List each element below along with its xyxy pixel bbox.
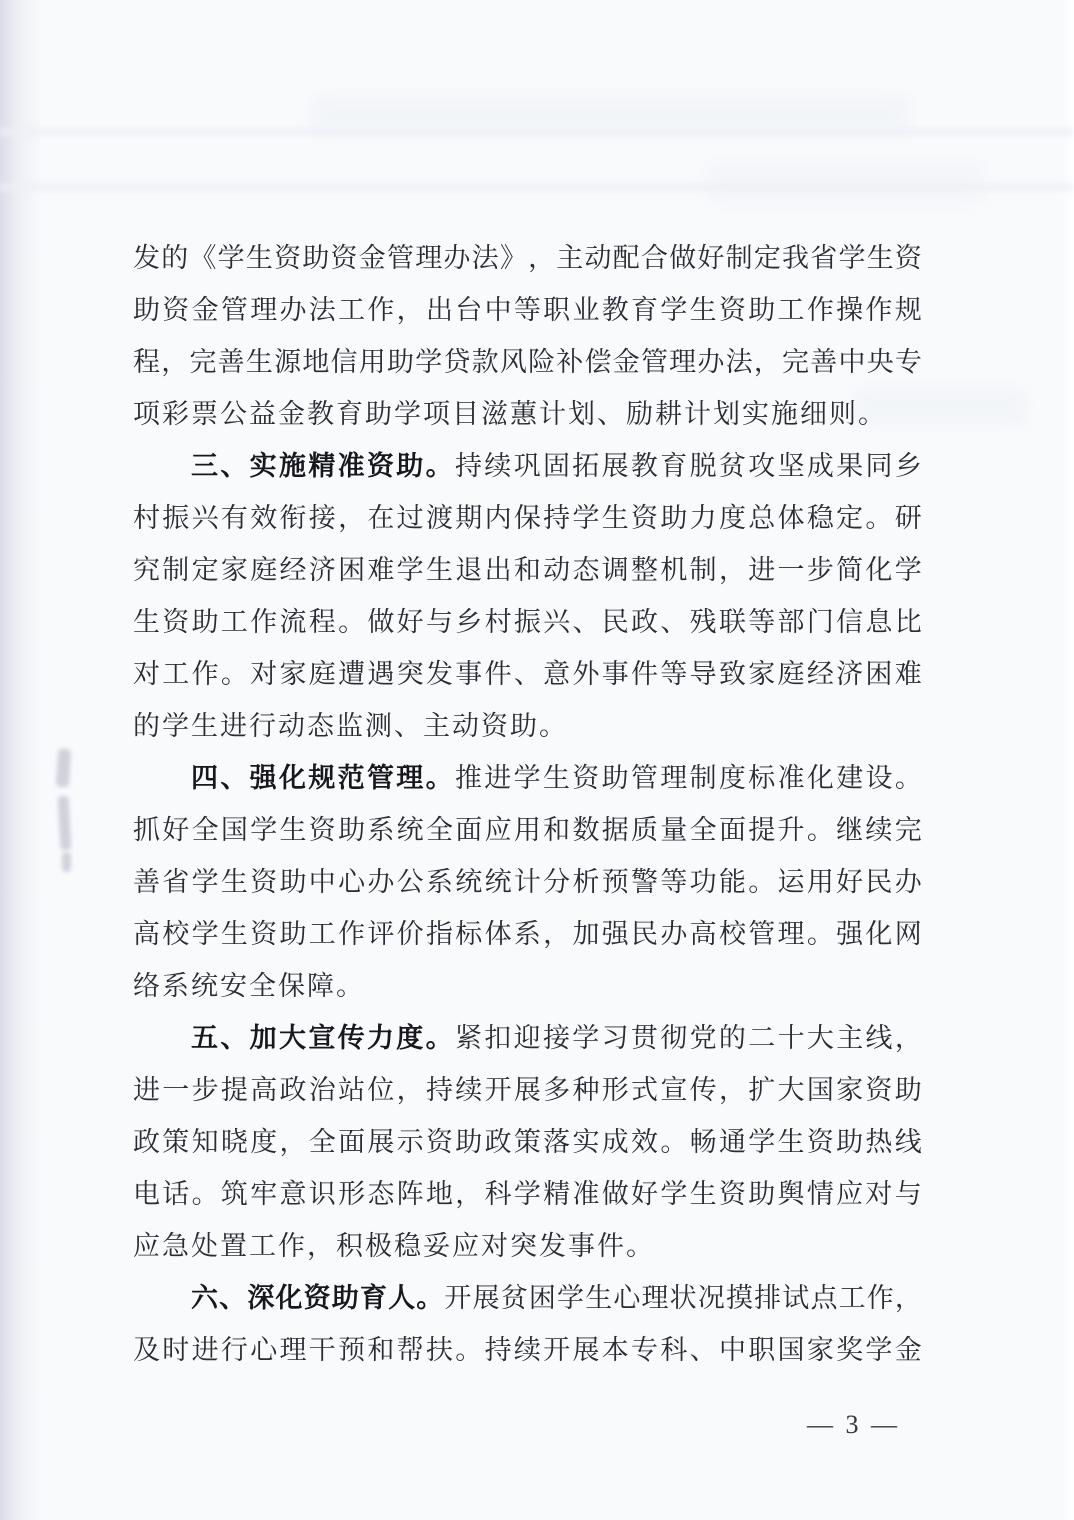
body-char: 力	[690, 492, 717, 544]
body-char: 评	[367, 908, 394, 960]
body-char: 好	[697, 232, 724, 284]
body-char: 意	[543, 648, 570, 700]
body-char: 难	[367, 544, 394, 596]
body-char: 展	[572, 1324, 599, 1376]
body-char: 生	[133, 596, 160, 648]
heading-char: 加	[250, 1012, 277, 1064]
scan-streak	[0, 128, 1074, 136]
body-char: 事	[602, 648, 629, 700]
body-char: 比	[895, 596, 922, 648]
body-char: 作	[367, 284, 394, 336]
body-char: 央	[867, 336, 894, 388]
body-char: 预	[338, 1324, 365, 1376]
body-char: 贫	[719, 440, 746, 492]
body-char: 好	[836, 856, 863, 908]
body-char: 党	[690, 1012, 717, 1064]
body-char: 标	[455, 908, 482, 960]
body-char: 生	[778, 1116, 805, 1168]
text-line: 高校学生资助工作评价指标体系，加强民办高校管理。强化网	[133, 908, 922, 960]
body-char: 学	[838, 232, 865, 284]
body-char: 村	[133, 492, 160, 544]
body-char: 操	[836, 284, 863, 336]
body-char: 件	[485, 648, 512, 700]
body-char: 、	[690, 1324, 717, 1376]
body-char: 理	[642, 1272, 669, 1324]
body-char: 抓	[133, 804, 160, 856]
body-char: 通	[719, 1116, 746, 1168]
body-char: 展	[367, 1116, 394, 1168]
body-char: 干	[309, 1324, 336, 1376]
body-char: 工	[778, 284, 805, 336]
body-char: 持	[455, 440, 482, 492]
body-char: 应	[485, 804, 512, 856]
body-char: 步	[192, 1064, 219, 1116]
paragraph: 发的《学生资助资金管理办法》，主动配合做好制定我省学生资助资金管理办法工作，出台…	[133, 232, 922, 440]
heading-char: 。	[426, 440, 453, 492]
body-char: 话	[162, 1168, 189, 1220]
body-char: 面	[455, 804, 482, 856]
body-char: 行	[221, 1324, 248, 1376]
body-char: 管	[631, 752, 658, 804]
body-char: 育	[660, 440, 687, 492]
body-char: 《	[189, 232, 216, 284]
body-char: 助	[836, 1116, 863, 1168]
body-char: 校	[162, 908, 189, 960]
body-char: 资	[807, 1116, 834, 1168]
text-line: 助资金管理办法工作，出台中等职业教育学生资助工作操作规	[133, 284, 922, 336]
body-char: 用	[514, 804, 541, 856]
body-char: 总	[748, 492, 775, 544]
body-char: 统	[397, 804, 424, 856]
heading-char: 化	[275, 1272, 302, 1324]
body-char: 好	[397, 596, 424, 648]
heading-char: 、	[220, 752, 247, 804]
body-char: 化	[807, 752, 834, 804]
body-char: 政	[133, 1116, 160, 1168]
body-char: 助	[748, 1168, 775, 1220]
heading-char: 精	[308, 440, 335, 492]
body-char: 残	[690, 596, 717, 648]
body-char: 等	[748, 596, 775, 648]
heading-char: 资	[367, 440, 394, 492]
body-char: 学	[660, 284, 687, 336]
body-char: 资	[250, 908, 277, 960]
heading-char: 施	[279, 440, 306, 492]
body-char: 民	[631, 908, 658, 960]
heading-char: 度	[396, 1012, 423, 1064]
body-char: 彻	[660, 1012, 687, 1064]
body-char: 与	[895, 1168, 922, 1220]
body-char: 险	[528, 336, 555, 388]
body-char: 育	[631, 284, 658, 336]
body-char: 制	[162, 544, 189, 596]
body-char: 学	[514, 752, 541, 804]
body-char: 生	[246, 336, 273, 388]
body-char: 金	[359, 232, 386, 284]
ink-smudge	[62, 852, 71, 872]
body-char: 准	[572, 1168, 599, 1220]
body-char: 晓	[221, 1116, 248, 1168]
body-char: 强	[836, 908, 863, 960]
body-char: 制	[690, 752, 717, 804]
body-char: 稳	[807, 492, 834, 544]
body-char: 理	[250, 284, 277, 336]
ink-smudge	[58, 796, 72, 851]
body-char: 助	[387, 336, 414, 388]
body-char: 生	[221, 908, 248, 960]
body-char: 、	[660, 596, 687, 648]
body-char: 在	[367, 492, 394, 544]
body-char: 家	[836, 1064, 863, 1116]
body-char: 建	[836, 752, 863, 804]
heading-char: 。	[426, 1012, 453, 1064]
body-char: 持	[485, 1324, 512, 1376]
body-char: 办	[443, 232, 470, 284]
body-char: 大	[778, 1064, 805, 1116]
text-line: 进一步提高政治站位，持续开展多种形式宣传，扩大国家资助	[133, 1064, 922, 1116]
text-line: 项彩票公益金教育助学项目滋蕙计划、励耕计划实施细则。	[133, 388, 922, 440]
body-char: 民	[602, 596, 629, 648]
text-line: 抓好全国学生资助系统全面应用和数据质量全面提升。继续完	[133, 804, 922, 856]
body-char: 政	[631, 596, 658, 648]
body-char: 做	[602, 1168, 629, 1220]
body-char: 究	[133, 544, 160, 596]
body-char: 金	[192, 284, 219, 336]
body-char: 意	[279, 1168, 306, 1220]
body-char: 主	[556, 232, 583, 284]
body-char: 学	[572, 492, 599, 544]
body-char: 助	[302, 232, 329, 284]
body-char: 果	[836, 440, 863, 492]
body-char: 息	[865, 596, 892, 648]
body-char: 家	[279, 648, 306, 700]
body-char: 分	[543, 856, 570, 908]
body-char: ，	[895, 1012, 922, 1064]
body-char: 学	[514, 1168, 541, 1220]
body-char: 生	[221, 856, 248, 908]
body-char: 业	[572, 284, 599, 336]
body-char: 乡	[455, 596, 482, 648]
body-char: 法	[309, 284, 336, 336]
body-char: 庭	[250, 544, 277, 596]
body-char: 出	[485, 544, 512, 596]
body-char: 据	[602, 804, 629, 856]
body-char: 策	[514, 1116, 541, 1168]
body-char: 地	[426, 1168, 453, 1220]
body-char: 难	[895, 648, 922, 700]
body-char: 职	[748, 1324, 775, 1376]
body-char: 度	[719, 492, 746, 544]
body-char: 接	[543, 1012, 570, 1064]
body-char: 策	[162, 1116, 189, 1168]
body-char: 贫	[501, 1272, 528, 1324]
body-char: 作	[867, 1272, 894, 1324]
body-char: 化	[865, 544, 892, 596]
body-char: 持	[426, 1064, 453, 1116]
scan-streak	[0, 183, 1074, 191]
body-char: 全	[192, 804, 219, 856]
body-char: 开	[543, 1324, 570, 1376]
body-char: 管	[221, 284, 248, 336]
body-char: ，	[161, 336, 188, 388]
body-char: 等	[660, 648, 687, 700]
body-char: 形	[338, 1168, 365, 1220]
body-char: 提	[748, 804, 775, 856]
paragraph: 五、加大宣传力度。紧扣迎接学习贯彻党的二十大主线，进一步提高政治站位，持续开展多…	[133, 1012, 922, 1272]
body-char: 和	[367, 1324, 394, 1376]
body-char: 推	[455, 752, 482, 804]
body-char: 用	[359, 336, 386, 388]
body-char: 工	[162, 648, 189, 700]
body-char: ，	[455, 1168, 482, 1220]
body-char: 多	[543, 1064, 570, 1116]
heading-char: 、	[219, 1272, 246, 1324]
text-line: 政策知晓度，全面展示资助政策落实成效。畅通学生资助热线	[133, 1116, 922, 1168]
body-char: 奖	[836, 1324, 863, 1376]
body-char: 舆	[778, 1168, 805, 1220]
body-char: 开	[485, 1064, 512, 1116]
body-char: 迎	[514, 1012, 541, 1064]
scanned-document-page: 发的《学生资助资金管理办法》，主动配合做好制定我省学生资助资金管理办法工作，出台…	[0, 0, 1074, 1520]
body-char: 与	[426, 596, 453, 648]
body-char: 工	[839, 1272, 866, 1324]
body-char: 助	[133, 284, 160, 336]
body-char: 金	[895, 1324, 922, 1376]
heading-char: 育	[360, 1272, 387, 1324]
heading-char: 深	[247, 1272, 274, 1324]
body-char: 贷	[443, 336, 470, 388]
text-line: 五、加大宣传力度。紧扣迎接学习贯彻党的二十大主线，	[133, 1012, 922, 1064]
body-char: 网	[895, 908, 922, 960]
body-char: 面	[719, 804, 746, 856]
body-char: 学	[572, 1012, 599, 1064]
body-char: 体	[778, 492, 805, 544]
body-char: 》	[500, 232, 527, 284]
body-char: 牢	[250, 1168, 277, 1220]
text-line: 络系统安全保障。	[133, 960, 922, 1012]
body-char: 管	[748, 908, 775, 960]
heading-char: 。	[426, 752, 453, 804]
body-char: 资	[274, 232, 301, 284]
heading-char: 、	[220, 440, 247, 492]
body-char: 工	[309, 908, 336, 960]
body-char: 信	[331, 336, 358, 388]
body-char: 政	[485, 1116, 512, 1168]
body-char: 拓	[572, 440, 599, 492]
body-char: 中	[485, 284, 512, 336]
body-char: 及	[133, 1324, 160, 1376]
body-char: 对	[865, 1168, 892, 1220]
body-char: 学	[250, 804, 277, 856]
page-number: — 3 —	[807, 1410, 900, 1440]
heading-char: 、	[220, 1012, 247, 1064]
body-char: 善	[218, 336, 245, 388]
body-char: 好	[631, 1168, 658, 1220]
paragraph: 三、实施精准资助。持续巩固拓展教育脱贫攻坚成果同乡村振兴有效衔接，在过渡期内保持…	[133, 440, 922, 752]
heading-char: 化	[279, 752, 306, 804]
body-char: 。	[660, 1116, 687, 1168]
body-char: 作	[338, 908, 365, 960]
body-char: 做	[669, 232, 696, 284]
body-char: 补	[556, 336, 583, 388]
body-char: 我	[782, 232, 809, 284]
body-char: 款	[472, 336, 499, 388]
ink-smudge	[56, 749, 72, 788]
text-line: 村振兴有效衔接，在过渡期内保持学生资助力度总体稳定。研	[133, 492, 922, 544]
body-char: ，	[895, 1272, 922, 1324]
body-char: 进	[748, 544, 775, 596]
body-char: 治	[309, 1064, 336, 1116]
heading-char: 。	[416, 1272, 443, 1324]
body-char: 庭	[309, 648, 336, 700]
body-char: 定	[836, 492, 863, 544]
body-char: 展	[514, 1064, 541, 1116]
text-line: 三、实施精准资助。持续巩固拓展教育脱贫攻坚成果同乡	[133, 440, 922, 492]
heading-char: 人	[388, 1272, 415, 1324]
body-char: 。	[865, 492, 892, 544]
body-char: 合	[641, 232, 668, 284]
body-char: 政	[279, 1064, 306, 1116]
text-line: 发的《学生资助资金管理办法》，主动配合做好制定我省学生资	[133, 232, 922, 284]
body-char: 试	[782, 1272, 809, 1324]
body-text: 项彩票公益金教育助学项目滋蕙计划、励耕计划实施细则。	[133, 399, 887, 429]
body-char: ，	[754, 336, 781, 388]
body-char: 兴	[192, 492, 219, 544]
body-char: 整	[631, 544, 658, 596]
heading-char: 传	[338, 1012, 365, 1064]
body-char: 导	[690, 648, 717, 700]
body-char: 遇	[367, 648, 394, 700]
body-char: 法	[472, 232, 499, 284]
body-char: 进	[133, 1064, 160, 1116]
body-char: 完	[895, 804, 922, 856]
body-char: 摸	[726, 1272, 753, 1324]
body-char: 量	[660, 804, 687, 856]
body-char: 度	[719, 752, 746, 804]
heading-char: 管	[367, 752, 394, 804]
body-char: 学	[415, 336, 442, 388]
body-char: 致	[719, 648, 746, 700]
body-char: 经	[279, 544, 306, 596]
body-char: 高	[690, 908, 717, 960]
heading-char: 资	[304, 1272, 331, 1324]
body-char: 资	[162, 284, 189, 336]
body-char: 强	[602, 908, 629, 960]
body-char: 展	[473, 1272, 500, 1324]
body-char: 生	[543, 752, 570, 804]
body-char: 渡	[426, 492, 453, 544]
body-char: 续	[865, 804, 892, 856]
body-char: 家	[807, 1324, 834, 1376]
body-char: 续	[455, 1064, 482, 1116]
body-char: 生	[279, 804, 306, 856]
heading-char: 准	[338, 440, 365, 492]
body-char: 准	[778, 752, 805, 804]
body-text: 的学生进行动态监测、主动资助。	[133, 711, 568, 741]
body-char: 助	[338, 804, 365, 856]
body-char: 联	[719, 596, 746, 648]
body-char: 线	[866, 1012, 893, 1064]
body-char: 贯	[631, 1012, 658, 1064]
body-char: 理	[778, 908, 805, 960]
body-char: 生	[690, 1168, 717, 1220]
body-char: 数	[572, 804, 599, 856]
body-char: 办	[697, 336, 724, 388]
body-char: 。	[192, 1168, 219, 1220]
body-char: 传	[690, 1064, 717, 1116]
scan-shadow-left	[0, 0, 42, 1520]
ink-bleed-through	[310, 95, 910, 133]
body-char: 继	[836, 804, 863, 856]
body-text: 络系统安全保障。	[133, 971, 365, 1001]
body-char: 保	[514, 492, 541, 544]
body-char: 进	[192, 1324, 219, 1376]
body-char: 民	[865, 856, 892, 908]
body-char: 标	[748, 752, 775, 804]
body-char: 制	[726, 232, 753, 284]
body-char: 计	[514, 856, 541, 908]
heading-char: 大	[279, 1012, 306, 1064]
body-char: 效	[631, 1116, 658, 1168]
body-char: 教	[631, 440, 658, 492]
body-char: 巩	[514, 440, 541, 492]
body-char: 资	[895, 232, 922, 284]
body-char: 。	[338, 596, 365, 648]
heading-char: 五	[191, 1012, 218, 1064]
body-char: 科	[660, 1324, 687, 1376]
body-char: 站	[338, 1064, 365, 1116]
body-char: 程	[309, 596, 336, 648]
body-char: 一	[162, 1064, 189, 1116]
body-char: 宣	[660, 1064, 687, 1116]
body-char: 理	[669, 336, 696, 388]
body-char: 理	[415, 232, 442, 284]
body-char: 法	[726, 336, 753, 388]
body-char: 动	[543, 544, 570, 596]
body-char: 国	[778, 1324, 805, 1376]
body-char: 动	[585, 232, 612, 284]
body-char: 济	[309, 544, 336, 596]
body-char: 金	[613, 336, 640, 388]
body-char: 制	[690, 544, 717, 596]
body-char: 况	[698, 1272, 725, 1324]
body-char: 中	[309, 856, 336, 908]
body-char: ，	[528, 232, 555, 284]
body-char: 、	[514, 648, 541, 700]
body-char: 过	[397, 492, 424, 544]
body-char: 村	[485, 596, 512, 648]
body-char: 事	[455, 648, 482, 700]
heading-char: 四	[191, 752, 218, 804]
body-char: 办	[660, 908, 687, 960]
scan-highlight-right	[1060, 0, 1074, 1520]
body-char: 理	[279, 1324, 306, 1376]
body-char: 济	[836, 648, 863, 700]
body-char: 遭	[338, 648, 365, 700]
body-char: 续	[514, 1324, 541, 1376]
body-text: 应急处置工作，积极稳妥应对突发事件。	[133, 1231, 655, 1261]
body-char: 衔	[279, 492, 306, 544]
body-char: 资	[162, 596, 189, 648]
body-char: 同	[866, 440, 893, 492]
body-char: 心	[613, 1272, 640, 1324]
body-char: 热	[865, 1116, 892, 1168]
body-char: 困	[529, 1272, 556, 1324]
body-char: 程	[133, 336, 160, 388]
body-char: 实	[572, 1116, 599, 1168]
body-char: 的	[161, 232, 188, 284]
body-char: 资	[865, 1064, 892, 1116]
